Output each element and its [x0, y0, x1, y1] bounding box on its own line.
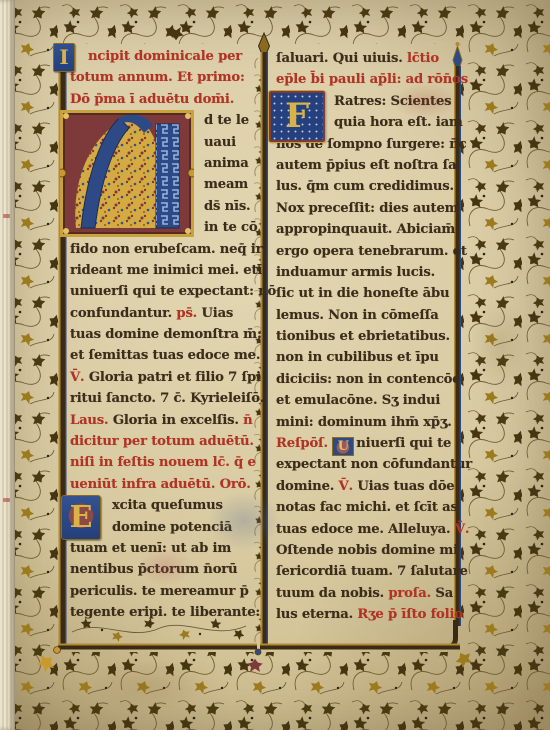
manuscript-line: domine. V̄. Uias tuas dōe	[276, 476, 456, 497]
text-segment: totum annum. Et primo:	[70, 70, 245, 85]
text-segment: nentibus p̄ctorum n̄orū	[70, 562, 237, 577]
text-segment: ritui ſancto. 7 c̄. Kyrieleiſō.	[70, 391, 264, 406]
text-segment: Uias tuas dōe	[357, 479, 454, 494]
text-segment: periculis. te mereamur p̄	[70, 584, 249, 599]
page-edge-mark	[3, 498, 10, 502]
text-segment: V̄.	[455, 522, 469, 537]
manuscript-line: tuam et uenī: ut ab im	[70, 538, 254, 559]
manuscript-line: expectant non cōfundantur	[276, 454, 456, 475]
text-segment: lus. q̄m cum credidimus.	[276, 179, 454, 194]
text-segment: domine.	[276, 479, 339, 494]
text-segment: ſericordiā tuam. 7 ſalutare	[276, 564, 468, 579]
text-segment: Nox preceſſit: dies autem	[276, 201, 458, 216]
text-segment: ergo opera tenebrarum. et	[276, 244, 467, 259]
text-segment: ncipit dominicale per	[88, 49, 242, 64]
text-segment: Gloria in excelſis.	[113, 413, 243, 428]
text-segment: lc̄tio	[407, 51, 439, 66]
text-segment: Uias	[201, 306, 233, 321]
manuscript-line: ncipit dominicale per	[70, 46, 254, 67]
text-segment: confundantur.	[70, 306, 176, 321]
initial-letter: F	[285, 106, 309, 127]
text-segment: ſic ut in die honeſte ābu	[276, 286, 449, 301]
manuscript-line: ergo opera tenebrarum. et	[276, 241, 456, 262]
text-segment: anima	[204, 156, 249, 171]
ivy-border-right	[460, 0, 550, 730]
manuscript-line: notas fac michi. et ſcīt as	[276, 497, 456, 518]
text-segment: Reſpōſ.	[276, 436, 332, 451]
text-segment: tuas domine demonſtra m̄:	[70, 327, 262, 342]
text-segment: non in cubilibus et īpu	[276, 350, 439, 365]
left-column: I	[70, 46, 254, 624]
text-segment: meam	[204, 177, 248, 192]
text-segment: tionibus et ebrietatibus.	[276, 329, 450, 344]
text-segment: fido non erubeſcam. neq̄ ir	[70, 242, 262, 257]
text-segment: tegente eripi. te liberante:	[70, 605, 260, 620]
manuscript-line: autem p̄pius eſt noſtra ſa	[276, 155, 456, 176]
text-segment: Gloria patri et filio 7 ſpi	[89, 370, 261, 385]
text-segment: et emulacōne. Sʒ indui	[276, 393, 440, 408]
manuscript-line: ueniūt infra aduētū. Orō.	[70, 474, 254, 495]
text-segment: uniuerſi qui te expectant: nō	[70, 284, 276, 299]
manuscript-line: nentibus p̄ctorum n̄orū	[70, 559, 254, 580]
page-edge-mark	[3, 214, 10, 218]
text-segment: xcita queſumus	[112, 498, 223, 513]
text-segment: quia hora eſt. iam	[334, 115, 463, 130]
text-segment: diciciis: non in contencōe	[276, 372, 460, 387]
manuscript-line: lus. q̄m cum credidimus.	[276, 176, 456, 197]
text-segment: tuas edoce me. Alleluya.	[276, 522, 455, 537]
text-segment: in te cō	[204, 220, 258, 235]
text-segment: V̄.	[339, 479, 358, 494]
text-segment: V̄.	[70, 370, 89, 385]
text-segment: expectant non cōfundantur	[276, 457, 472, 472]
text-segment: Rʒe p̄ īſto folio	[357, 607, 463, 622]
text-segment: Sa	[435, 586, 453, 601]
initial-u-universi: U	[332, 437, 354, 456]
text-segment: proſa.	[388, 586, 435, 601]
text-segment: tuum da nobis.	[276, 586, 388, 601]
manuscript-line: confundantur. ps̄. Uias	[70, 303, 254, 324]
text-segment: notas fac michi. et ſcīt as	[276, 500, 458, 515]
manuscript-line: ſic ut in die honeſte ābu	[276, 283, 456, 304]
manuscript-line: ep̄le b̄i pauli ap̄li: ad rōn̄os	[276, 69, 456, 90]
manuscript-line: et ſemittas tuas edoce me.	[70, 345, 254, 366]
text-segment: n̄	[243, 413, 252, 428]
manuscript-line: periculis. te mereamur p̄	[70, 581, 254, 602]
text-segment: tuam et uenī: ut ab im	[70, 541, 231, 556]
manuscript-line: Reſpōſ. Uniuerſi qui te	[276, 433, 456, 454]
manuscript-line: rideant me inimici mei. etī	[70, 260, 254, 281]
text-segment: ueniūt infra aduētū. Orō.	[70, 477, 251, 492]
manuscript-line: tionibus et ebrietatibus.	[276, 326, 456, 347]
text-segment: Dō p̄ma ī aduētu dom̄i.	[70, 92, 234, 107]
manuscript-line: Laus. Gloria in excelſis. n̄	[70, 410, 254, 431]
manuscript-line: uniuerſi qui te expectant: nō	[70, 281, 254, 302]
text-segment: ep̄le b̄i pauli ap̄li: ad rōn̄os	[276, 72, 468, 87]
text-segment: niſi in feſtis nouem lc̄. q̄ e	[70, 455, 256, 470]
manuscript-line: ſaluari. Qui uiuis. lc̄tio	[276, 48, 456, 69]
manuscript-line: tuum da nobis. proſa. Sa	[276, 583, 456, 604]
initial-i-incipit: I	[53, 43, 75, 72]
manuscript-line: tegente eripi. te liberante:	[70, 602, 254, 623]
text-segment: Ratres: Scientes	[334, 94, 451, 109]
text-segment: rideant me inimici mei. etī	[70, 263, 262, 278]
text-segment: induamur armis lucis.	[276, 265, 435, 280]
manuscript-line: Dō p̄ma ī aduētu dom̄i.	[70, 89, 254, 110]
initial-letter: I	[59, 47, 68, 68]
text-segment: mini: dominum ihm̄ xp̄ʒ.	[276, 415, 452, 430]
text-segment: ps̄.	[176, 306, 201, 321]
manuscript-page: I	[0, 0, 550, 730]
text-segment: ſaluari. Qui uiuis.	[276, 51, 407, 66]
ivy-border-top	[58, 0, 462, 44]
manuscript-line: dicitur per totum aduētū.	[70, 431, 254, 452]
manuscript-line: V̄. Gloria patri et filio 7 ſpi	[70, 367, 254, 388]
manuscript-line: totum annum. Et primo:	[70, 67, 254, 88]
initial-e-excita: E	[61, 495, 101, 540]
text-segment: domine potenciā	[112, 520, 232, 535]
text-segment: Oſtende nobis domine mi	[276, 543, 458, 558]
manuscript-line: niſi in feſtis nouem lc̄. q̄ e	[70, 452, 254, 473]
text-segment: ds̄ nīs.	[204, 199, 250, 214]
manuscript-line: mini: dominum ihm̄ xp̄ʒ.	[276, 412, 456, 433]
text-segment: autem p̄pius eſt noſtra ſa	[276, 158, 456, 173]
manuscript-line: diciciis: non in contencōe	[276, 369, 456, 390]
manuscript-line: tuas domine demonſtra m̄:	[70, 324, 254, 345]
manuscript-line: ritui ſancto. 7 c̄. Kyrieleiſō.	[70, 388, 254, 409]
manuscript-line: Oſtende nobis domine mi	[276, 540, 456, 561]
text-segment: niuerſi qui te	[356, 436, 451, 451]
manuscript-line: Nox preceſſit: dies autem	[276, 198, 456, 219]
manuscript-line: et emulacōne. Sʒ indui	[276, 390, 456, 411]
text-segment: appropinquauit. Abiciam̄	[276, 222, 455, 237]
initial-a-ad-te-levavi	[60, 110, 194, 237]
right-column: F ſaluari. Qui uiuis. lc̄tioep̄le b̄i pa…	[276, 48, 456, 626]
manuscript-line: tuas edoce me. Alleluya. V̄.	[276, 519, 456, 540]
text-segment: dicitur per totum aduētū.	[70, 434, 254, 449]
initial-f-fratres: F	[269, 91, 325, 142]
manuscript-line: induamur armis lucis.	[276, 262, 456, 283]
manuscript-line: non in cubilibus et īpu	[276, 347, 456, 368]
manuscript-line: ſericordiā tuam. 7 ſalutare	[276, 561, 456, 582]
manuscript-line: fido non erubeſcam. neq̄ ir	[70, 239, 254, 260]
ivy-border-left	[15, 0, 60, 730]
manuscript-line: appropinquauit. Abiciam̄	[276, 219, 456, 240]
manuscript-line: lemus. Non in cōmeſſa	[276, 305, 456, 326]
text-segment: et ſemittas tuas edoce me.	[70, 348, 260, 363]
text-segment: lus eterna.	[276, 607, 357, 622]
manuscript-line: lus eterna. Rʒe p̄ īſto folio	[276, 604, 456, 625]
text-segment: uaui	[204, 135, 236, 150]
page-edge-strip	[0, 0, 15, 730]
text-segment: d te le	[204, 113, 249, 128]
initial-letter: E	[70, 507, 93, 528]
illuminated-a-artwork	[60, 110, 194, 237]
text-segment: Laus.	[70, 413, 113, 428]
text-segment: lemus. Non in cōmeſſa	[276, 308, 439, 323]
